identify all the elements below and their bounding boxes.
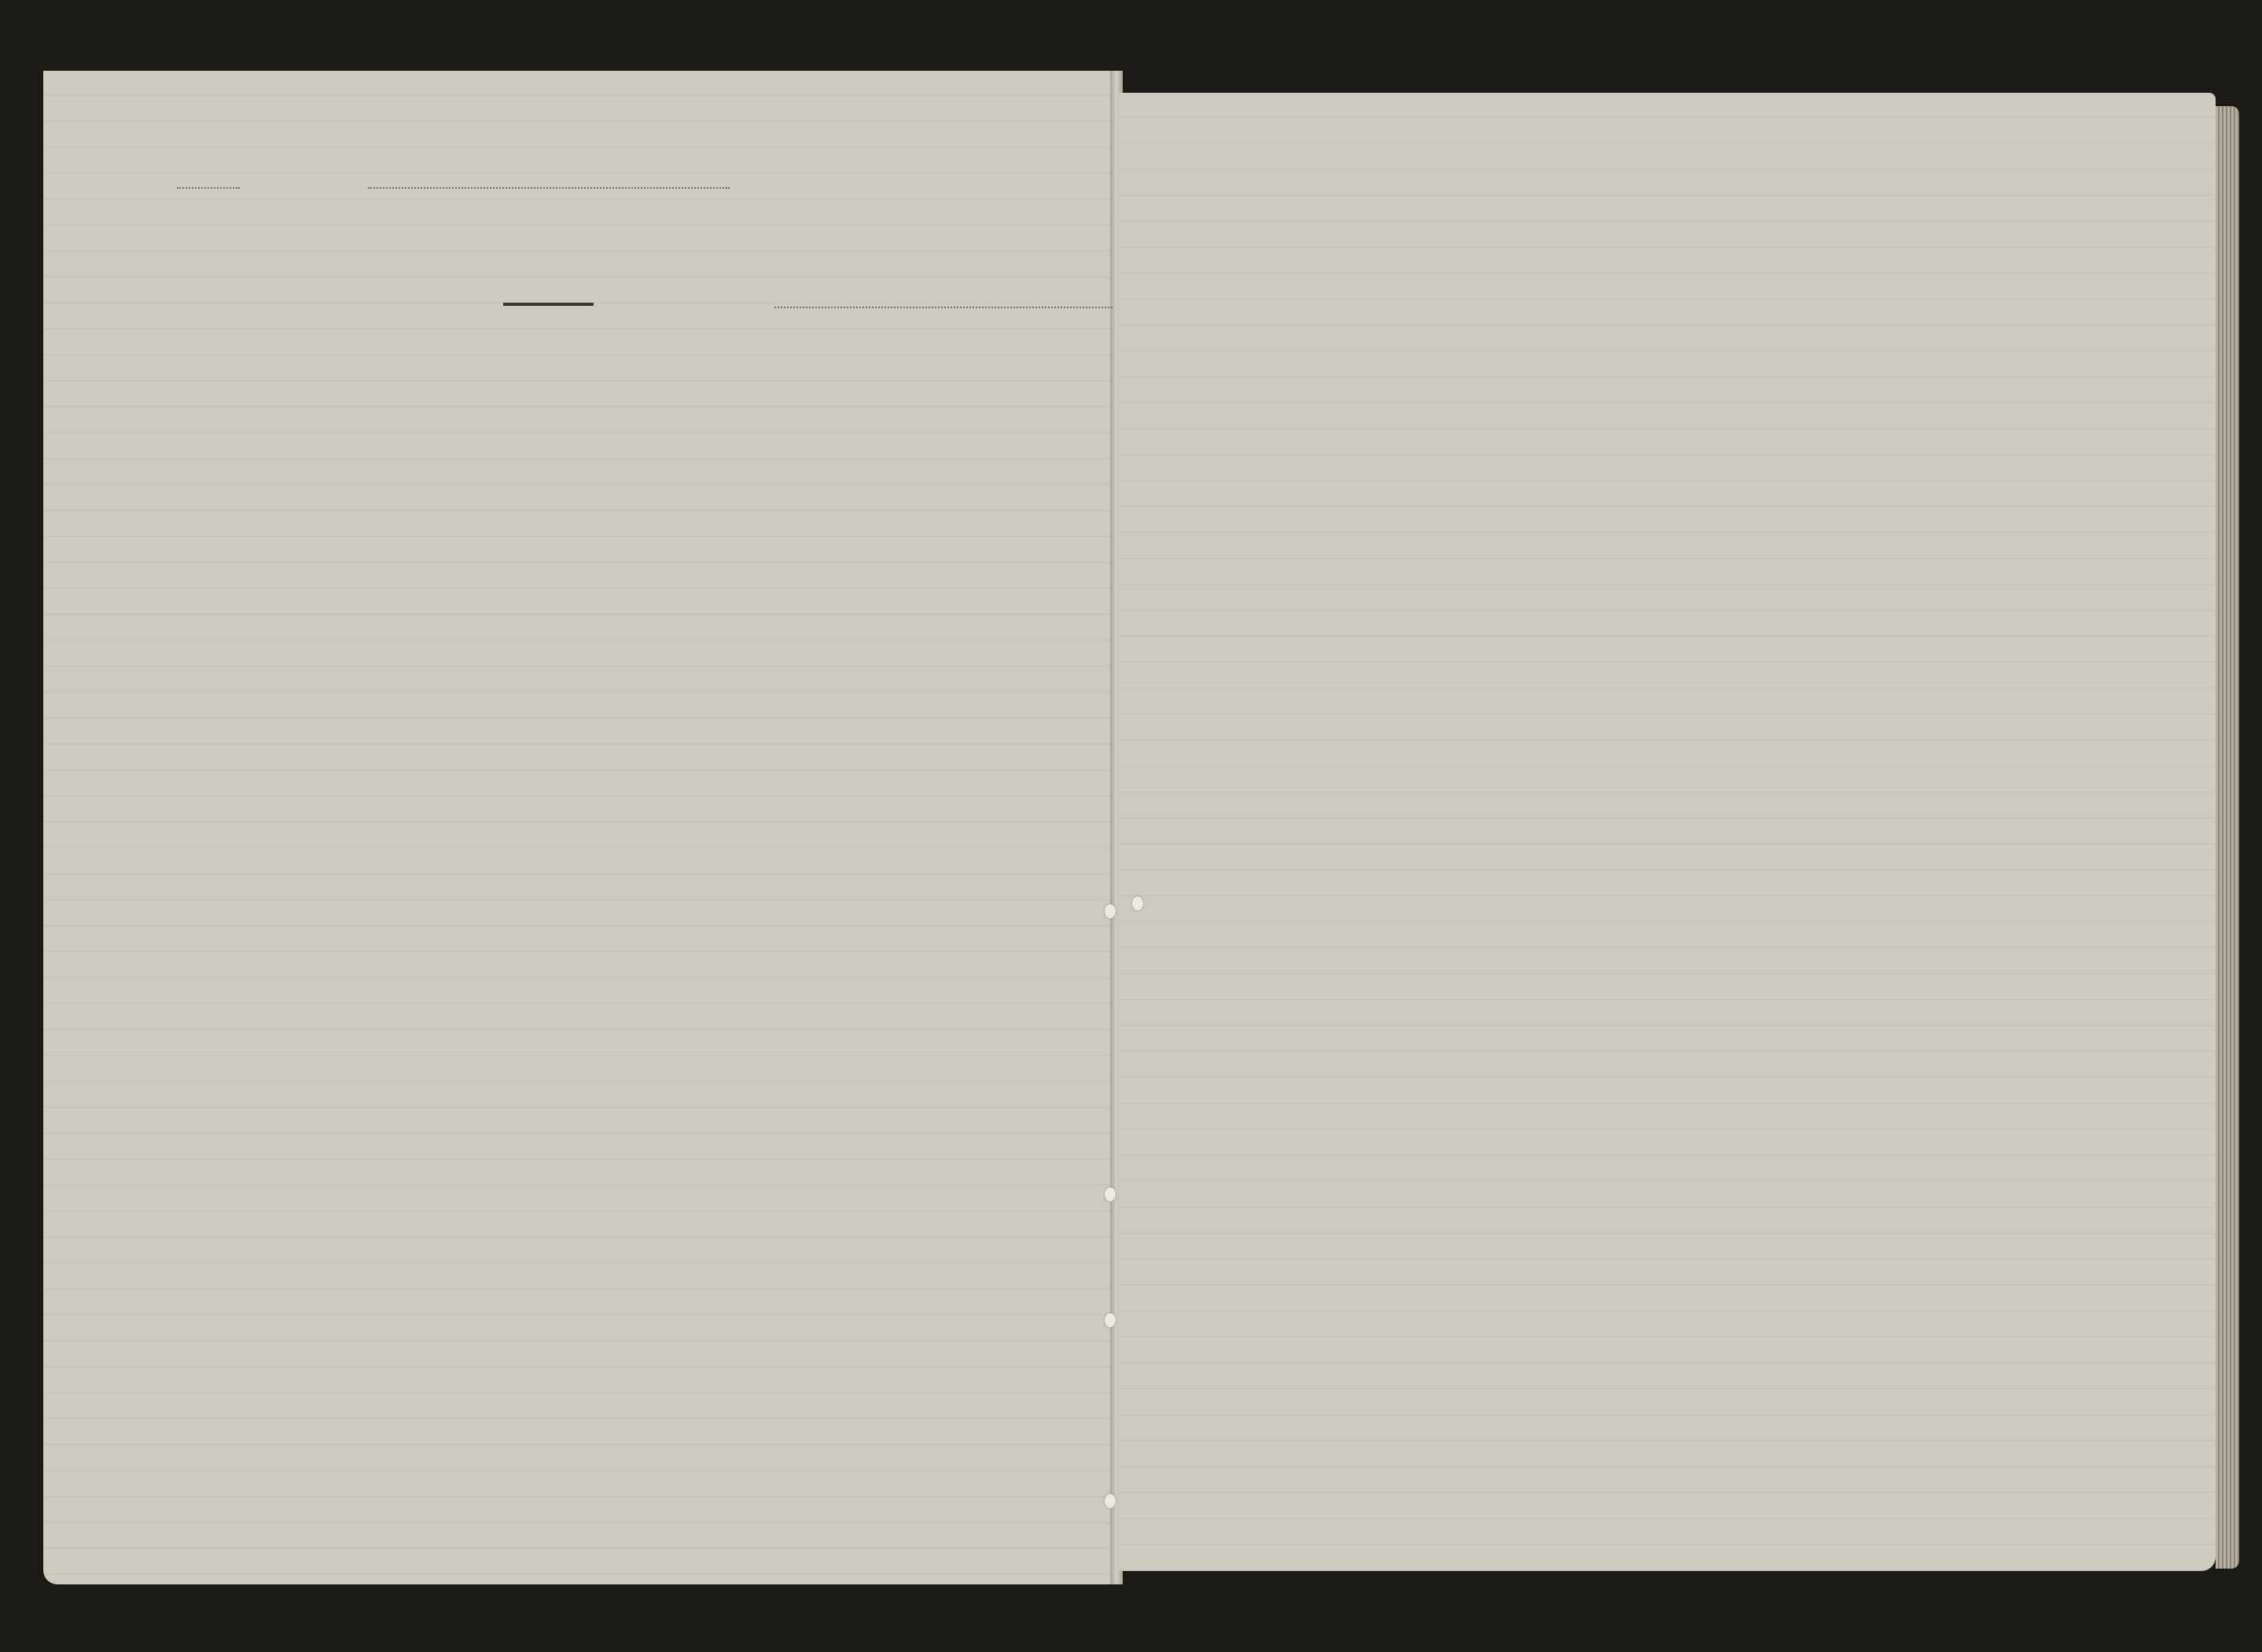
right-page	[1119, 93, 2216, 1571]
binding-hole	[1105, 1494, 1116, 1508]
binding-hole	[1105, 904, 1116, 918]
binding-hole	[1105, 1187, 1116, 1201]
binding-hole	[1132, 896, 1143, 911]
page-edges	[2216, 106, 2239, 1569]
left-page	[43, 71, 1116, 1584]
binding-hole	[1105, 1313, 1116, 1327]
